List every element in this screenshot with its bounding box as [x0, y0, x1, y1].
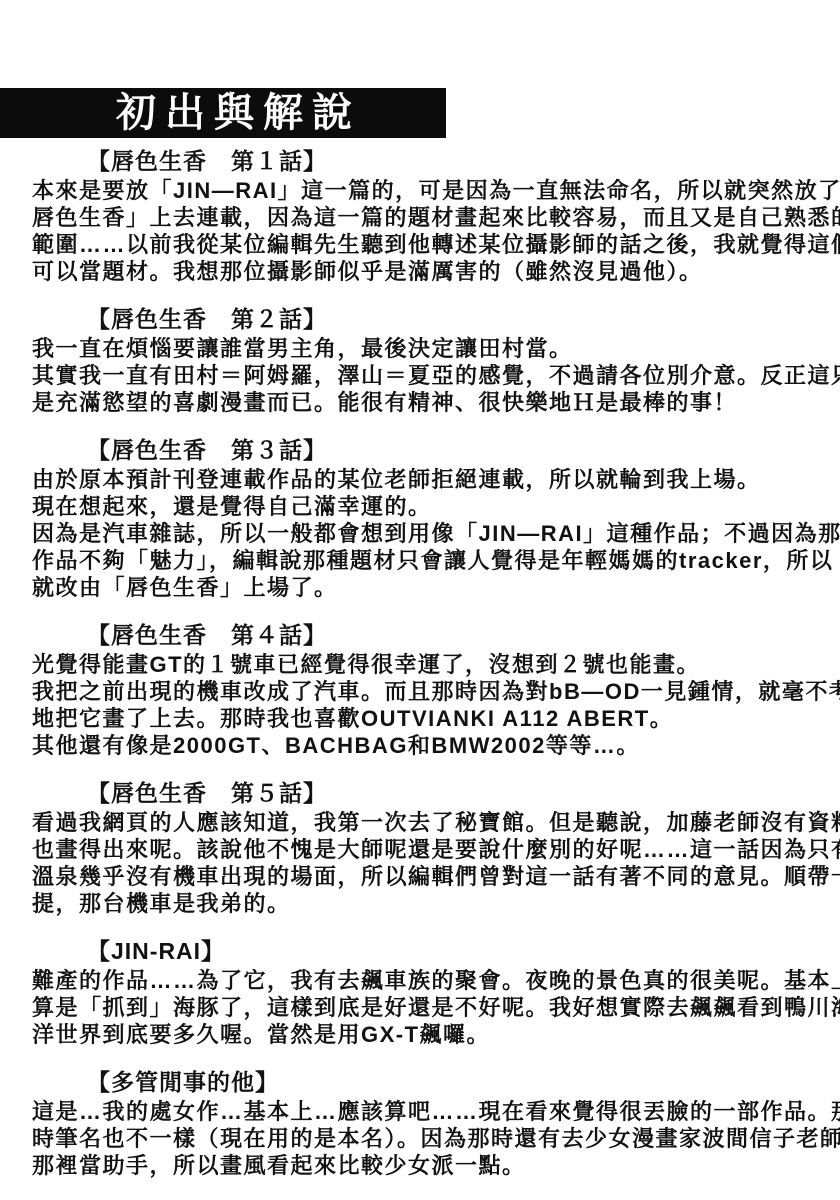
- section-header: 【唇色生香 第１話】: [32, 148, 816, 175]
- commentary-section: 【唇色生香 第５話】 看過我網頁的人應該知道，我第一次去了秘寶館。但是聽說，加藤…: [32, 780, 816, 917]
- page-title: 初出與解說: [0, 93, 361, 133]
- commentary-sections: 【唇色生香 第１話】 本來是要放「JIN—RAI」這一篇的，可是因為一直無法命名…: [32, 148, 816, 1200]
- section-body: 由於原本預計刊登連載作品的某位老師拒絕連載，所以就輪到我上場。 現在想起來，還是…: [32, 466, 816, 601]
- section-body: 看過我網頁的人應該知道，我第一次去了秘寶館。但是聽說，加藤老師沒有資料 也畫得出…: [32, 809, 816, 917]
- section-body: 光覺得能畫GT的１號車已經覺得很幸運了，沒想到２號也能畫。 我把之前出現的機車改…: [32, 651, 816, 759]
- commentary-section: 【唇色生香 第４話】 光覺得能畫GT的１號車已經覺得很幸運了，沒想到２號也能畫。…: [32, 622, 816, 759]
- section-header: 【唇色生香 第４話】: [32, 622, 816, 649]
- commentary-section: 【唇色生香 第１話】 本來是要放「JIN—RAI」這一篇的，可是因為一直無法命名…: [32, 148, 816, 285]
- section-body: 本來是要放「JIN—RAI」這一篇的，可是因為一直無法命名，所以就突然放了「 唇…: [32, 177, 816, 285]
- section-header: 【唇色生香 第５話】: [32, 780, 816, 807]
- commentary-section: 【唇色生香 第２話】 我一直在煩惱要讓誰當男主角，最後決定讓田村當。 其實我一直…: [32, 306, 816, 416]
- section-header: 【唇色生香 第３話】: [32, 437, 816, 464]
- section-header: 【唇色生香 第２話】: [32, 306, 816, 333]
- section-body: 難產的作品……為了它，我有去飆車族的聚會。夜晚的景色真的很美呢。基本上 算是「抓…: [32, 967, 816, 1048]
- section-body: 我一直在煩惱要讓誰當男主角，最後決定讓田村當。 其實我一直有田村＝阿姆羅，澤山＝…: [32, 335, 816, 416]
- commentary-section: 【JIN-RAI】 難產的作品……為了它，我有去飆車族的聚會。夜晚的景色真的很美…: [32, 938, 816, 1048]
- title-banner: 初出與解說: [0, 88, 446, 138]
- section-header: 【JIN-RAI】: [32, 938, 816, 965]
- section-body: 這是…我的處女作…基本上…應該算吧……現在看來覺得很丟臉的一部作品。那 時筆名也…: [32, 1098, 816, 1179]
- section-header: 【多管閒事的他】: [32, 1069, 816, 1096]
- commentary-section: 【唇色生香 第３話】 由於原本預計刊登連載作品的某位老師拒絕連載，所以就輪到我上…: [32, 437, 816, 601]
- commentary-section: 【多管閒事的他】 這是…我的處女作…基本上…應該算吧……現在看來覺得很丟臉的一部…: [32, 1069, 816, 1179]
- scanned-page: { "page": { "title": "初出與解說", "colors": …: [0, 0, 840, 1200]
